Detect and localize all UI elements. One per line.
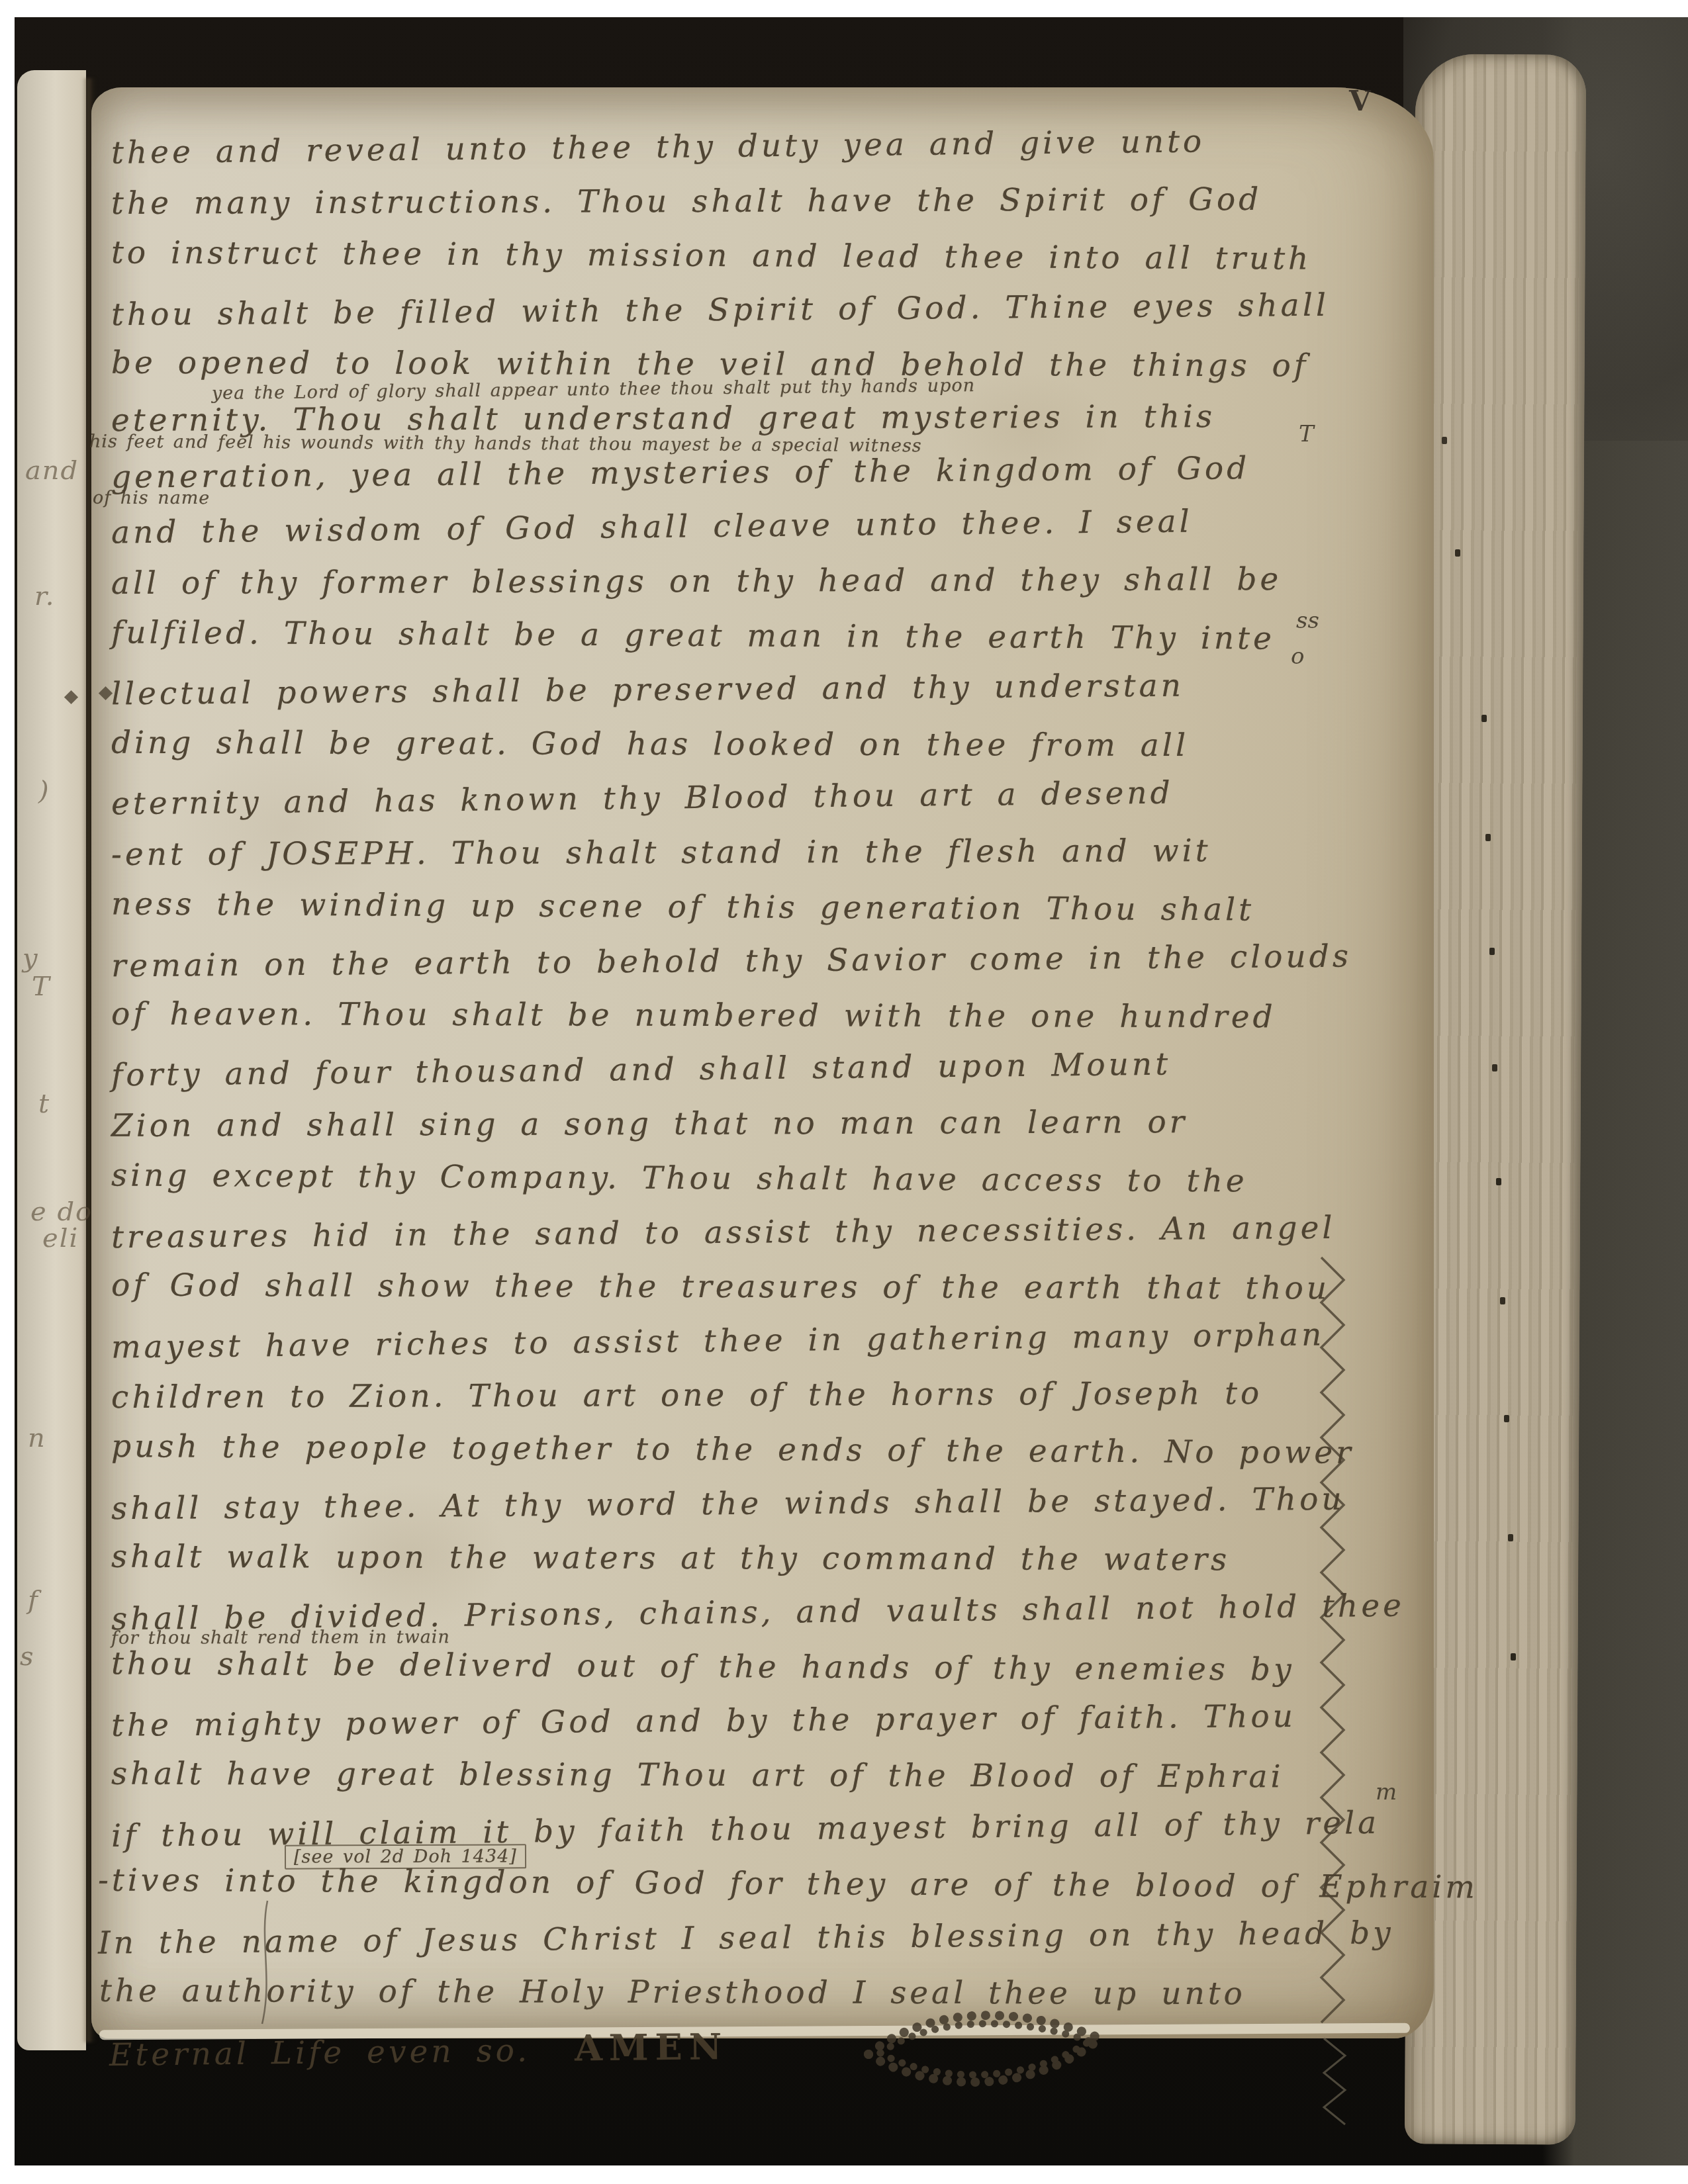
edge-ink-mark: o (1291, 643, 1304, 670)
edge-ink-mark: ss (1296, 608, 1319, 634)
right-margin-marks-layer: VTssom (0, 0, 1688, 2184)
edge-ink-mark: m (1376, 1779, 1397, 1805)
edge-ink-mark: T (1299, 421, 1314, 447)
edge-ink-mark: V (1349, 85, 1371, 117)
